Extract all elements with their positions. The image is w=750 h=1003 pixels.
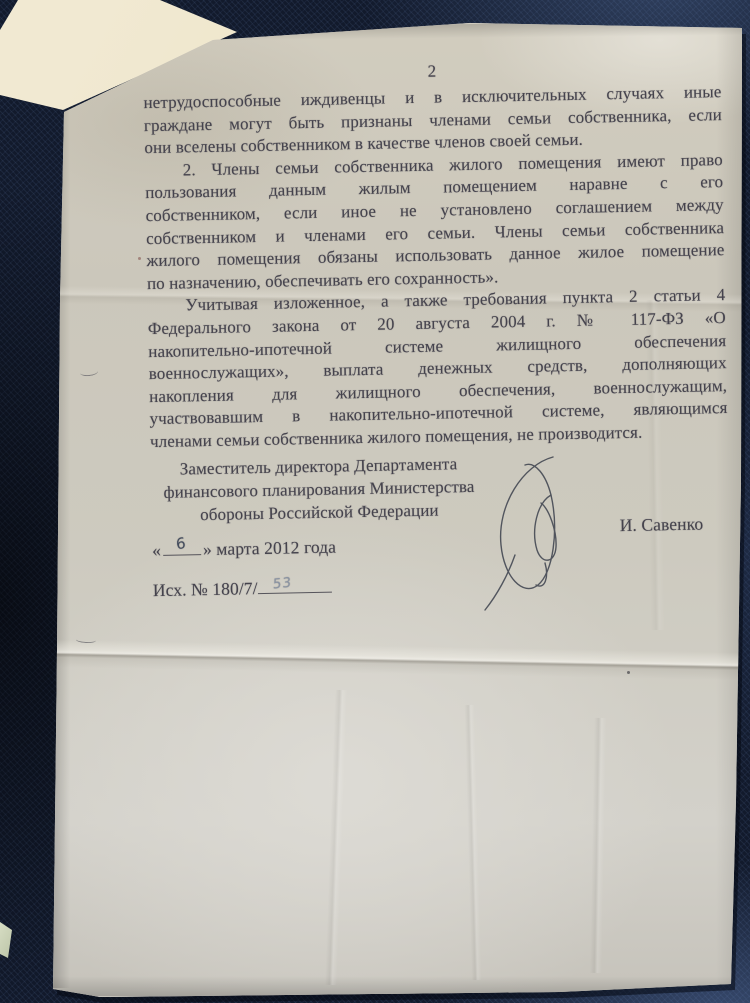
paper-left-edge-shade bbox=[52, 108, 70, 988]
paper-speck bbox=[138, 257, 141, 260]
date-open-quote: « bbox=[152, 540, 161, 560]
date-text: марта 2012 года bbox=[212, 537, 337, 559]
date-day-blank: 6 bbox=[163, 554, 201, 556]
photo-background: 2 нетрудоспособные иждивенцы и в исключи… bbox=[0, 0, 750, 1003]
signature-title-block: Заместитель директора Департаментафинанс… bbox=[150, 451, 487, 526]
document-body: нетрудоспособные иждивенцы и в исключите… bbox=[143, 81, 728, 454]
date-close-quote: » bbox=[203, 539, 212, 559]
fold-edge-mark bbox=[80, 367, 99, 377]
ref-line: Исх. № 180/7/53 bbox=[153, 577, 332, 601]
ref-number-blank: 53 bbox=[258, 592, 332, 594]
paper-wrinkle bbox=[464, 705, 481, 980]
paper-wrinkle bbox=[590, 718, 606, 973]
signature-scribble-icon bbox=[475, 435, 585, 615]
paper-top-edge-shade bbox=[205, 21, 750, 41]
document-text-layer: 2 нетрудоспособные иждивенцы и в исключи… bbox=[143, 55, 732, 646]
underlay-green-paper-tip bbox=[0, 918, 14, 960]
paper-speck bbox=[627, 671, 630, 674]
date-day-handwritten: 6 bbox=[175, 534, 187, 554]
date-line: «6» марта 2012 года bbox=[152, 537, 336, 562]
ref-number-handwritten: 53 bbox=[272, 575, 292, 593]
signer-name: И. Савенко bbox=[620, 514, 704, 537]
paper-wrinkle bbox=[325, 690, 347, 985]
ref-label: Исх. № 180/7/ bbox=[153, 578, 258, 600]
